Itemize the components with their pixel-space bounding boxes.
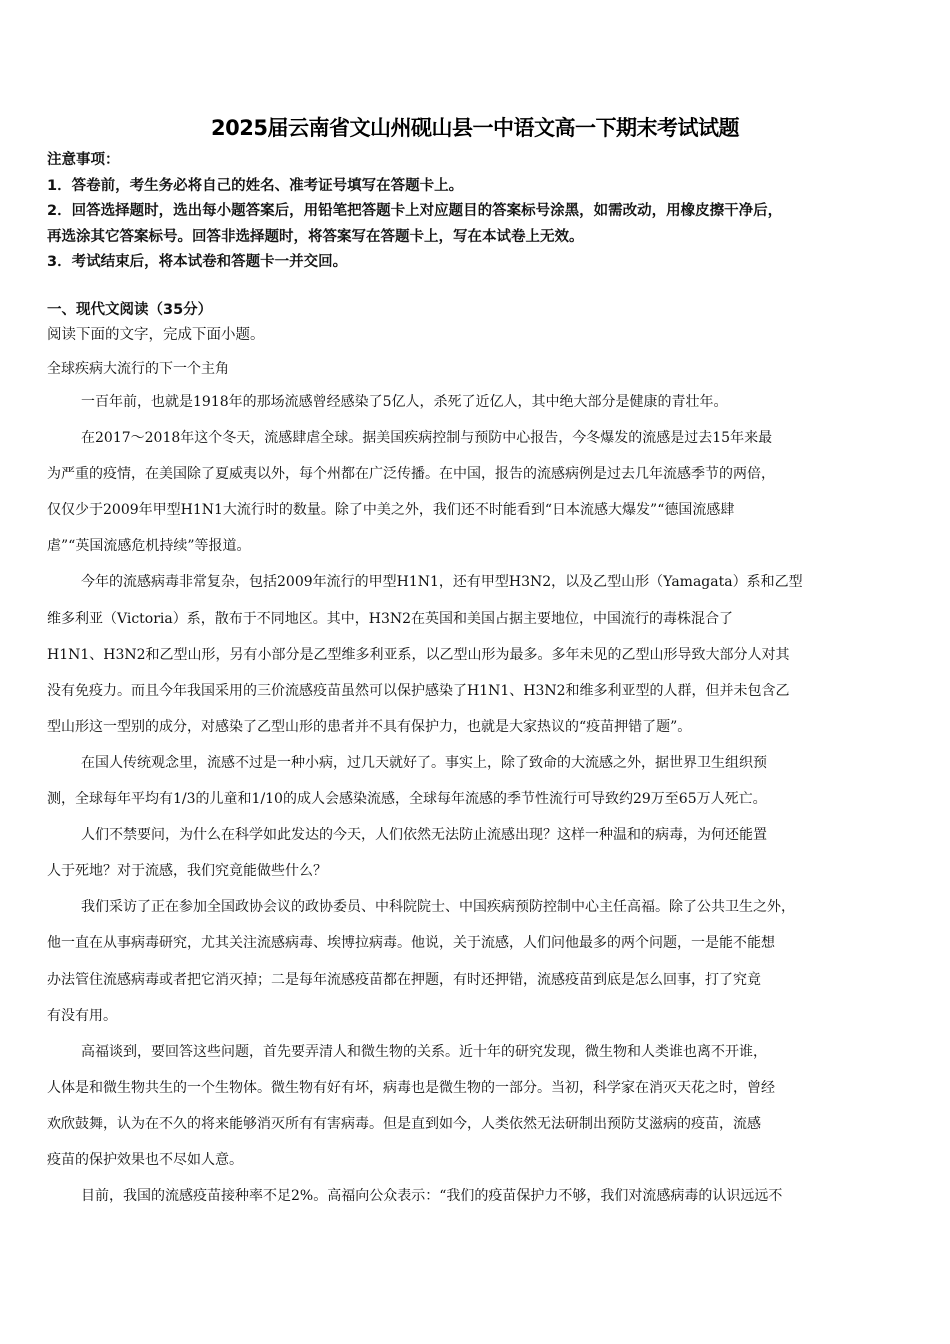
article-line: 为严重的疫情，在美国除了夏威夷以外，每个州都在广泛传播。在中国，报告的流感病例是… [47, 462, 911, 498]
article-line: H1N1、H3N2和乙型山形，另有小部分是乙型维多利亚系，以乙型山形为最多。多年… [47, 643, 911, 679]
article-line: 人体是和微生物共生的一个生物体。微生物有好有坏，病毒也是微生物的一部分。当初，科… [47, 1076, 911, 1112]
article-line: 人们不禁要问，为什么在科学如此发达的今天，人们依然无法防止流感出现？这样一种温和… [47, 823, 911, 859]
article-line: 目前，我国的流感疫苗接种率不足2%。高福向公众表示：“我们的疫苗保护力不够，我们… [47, 1184, 911, 1220]
article-body: 一百年前，也就是1918年的那场流感曾经感染了5亿人，杀死了近亿人，其中绝大部分… [47, 390, 911, 1220]
article-line: 维多利亚（Victoria）系，散布于不同地区。其中，H3N2在英国和美国占据主… [47, 607, 911, 643]
note-line: 再选涂其它答案标号。回答非选择题时，将答案写在答题卡上，写在本试卷上无效。 [47, 225, 917, 251]
article-line: 有没有用。 [47, 1004, 911, 1040]
section-heading: 一、现代文阅读（35分） [47, 298, 212, 323]
article-line: 人于死地？对于流感，我们究竟能做些什么？ [47, 859, 911, 895]
article-line: 今年的流感病毒非常复杂，包括2009年流行的甲型H1N1，还有甲型H3N2，以及… [47, 570, 911, 606]
article-line: 在国人传统观念里，流感不过是一种小病，过几天就好了。事实上，除了致命的大流感之外… [47, 751, 911, 787]
note-line: 3．考试结束后，将本试卷和答题卡一并交回。 [47, 250, 917, 276]
section-instruction: 阅读下面的文字，完成下面小题。 [47, 323, 265, 348]
article-line: 型山形这一型别的成分，对感染了乙型山形的患者并不具有保护力，也就是大家热议的“疫… [47, 715, 911, 751]
exam-page: 2025届云南省文山州砚山县一中语文高一下期末考试试题 注意事项： 1．答卷前，… [0, 0, 950, 1344]
note-line: 2．回答选择题时，选出每小题答案后，用铅笔把答题卡上对应题目的答案标号涂黑，如需… [47, 199, 917, 225]
notes-heading: 注意事项： [47, 148, 917, 174]
article-line: 高福谈到，要回答这些问题，首先要弄清人和微生物的关系。近十年的研究发现，微生物和… [47, 1040, 911, 1076]
exam-notes: 注意事项： 1．答卷前，考生务必将自己的姓名、准考证号填写在答题卡上。 2．回答… [47, 148, 917, 276]
article-title: 全球疾病大流行的下一个主角 [47, 357, 229, 382]
article-line: 我们采访了正在参加全国政协会议的政协委员、中科院院士、中国疾病预防控制中心主任高… [47, 895, 911, 931]
article-line: 欢欣鼓舞，认为在不久的将来能够消灭所有有害病毒。但是直到如今，人类依然无法研制出… [47, 1112, 911, 1148]
article-line: 一百年前，也就是1918年的那场流感曾经感染了5亿人，杀死了近亿人，其中绝大部分… [47, 390, 911, 426]
article-line: 仅仅少于2009年甲型H1N1大流行时的数量。除了中美之外，我们还不时能看到“日… [47, 498, 911, 534]
article-line: 疫苗的保护效果也不尽如人意。 [47, 1148, 911, 1184]
article-line: 他一直在从事病毒研究，尤其关注流感病毒、埃博拉病毒。他说，关于流感，人们问他最多… [47, 931, 911, 967]
article-line: 在2017～2018年这个冬天，流感肆虐全球。据美国疾病控制与预防中心报告，今冬… [47, 426, 911, 462]
article-line: 测，全球每年平均有1/3的儿童和1/10的成人会感染流感，全球每年流感的季节性流… [47, 787, 911, 823]
article-line: 虐”“英国流感危机持续”等报道。 [47, 534, 911, 570]
article-line: 没有免疫力。而且今年我国采用的三价流感疫苗虽然可以保护感染了H1N1、H3N2和… [47, 679, 911, 715]
article-line: 办法管住流感病毒或者把它消灭掉；二是每年流感疫苗都在押题，有时还押错，流感疫苗到… [47, 968, 911, 1004]
exam-title: 2025届云南省文山州砚山县一中语文高一下期末考试试题 [0, 112, 950, 142]
note-line: 1．答卷前，考生务必将自己的姓名、准考证号填写在答题卡上。 [47, 174, 917, 200]
